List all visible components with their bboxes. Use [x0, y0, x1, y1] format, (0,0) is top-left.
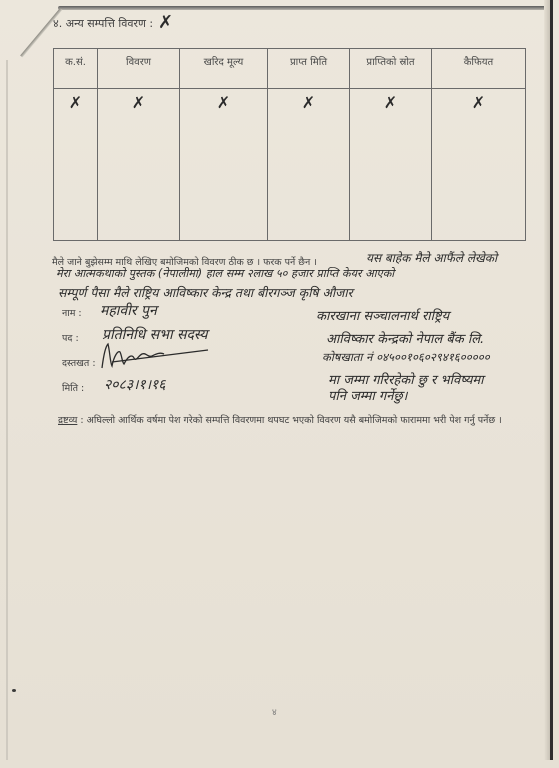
column-header-serial: क.सं.	[54, 49, 98, 89]
name-value: महावीर पुन	[100, 301, 157, 320]
column-header-source: प्राप्तिको स्रोत	[350, 49, 432, 89]
note-text: : अघिल्लो आर्थिक वर्षमा पेश गरेको सम्पत्…	[80, 415, 501, 426]
handwritten-cross-mark: ✗	[158, 12, 173, 33]
signature-image	[98, 342, 210, 372]
handwritten-line-6: कोषखाता नं ०४५००१०६०२९४१६०००००	[322, 350, 490, 365]
table-cell-serial: ✗	[54, 89, 98, 241]
date-label: मिति :	[62, 381, 84, 394]
table-cell-remarks: ✗	[432, 89, 526, 241]
column-header-acquired-date: प्राप्त मिति	[268, 49, 350, 89]
handwritten-line-8: पनि जम्मा गर्नेछु।	[328, 386, 407, 404]
table-cell-source: ✗	[350, 89, 432, 241]
handwritten-line-5: आविष्कार केन्द्रको नेपाल बैंक लि.	[326, 329, 484, 347]
ink-speck	[12, 689, 16, 692]
scanned-document-page: ४. अन्य सम्पत्ति विवरण : ✗ क.सं. विवरण ख…	[0, 0, 559, 768]
note-paragraph: द्रष्टव्य : अघिल्लो आर्थिक वर्षमा पेश गर…	[58, 412, 528, 430]
table-header-row: क.सं. विवरण खरिद मूल्य प्राप्त मिति प्रा…	[54, 49, 526, 89]
page-top-edge	[58, 6, 548, 10]
page-right-edge	[550, 0, 553, 760]
column-header-remarks: कैफियत	[432, 49, 526, 89]
column-header-description: विवरण	[98, 49, 180, 89]
name-label: नाम :	[62, 306, 82, 319]
signature-label: दस्तखत :	[62, 356, 96, 369]
handwritten-line-4: कारखाना सञ्चालनार्थ राष्ट्रिय	[316, 306, 449, 324]
section-title: ४. अन्य सम्पत्ति विवरण :	[53, 16, 153, 31]
note-label: द्रष्टव्य	[58, 415, 77, 426]
table-cell-purchase-value: ✗	[180, 89, 268, 241]
page-left-edge	[6, 60, 8, 760]
table-cell-acquired-date: ✗	[268, 89, 350, 241]
table-row: ✗ ✗ ✗ ✗ ✗ ✗	[54, 89, 526, 241]
handwritten-line-1: यस बाहेक मैले आफैंले लेखेको	[366, 249, 497, 266]
post-label: पद :	[62, 331, 79, 344]
handwritten-line-3: सम्पूर्ण पैसा मैले राष्ट्रिय आविष्कार के…	[58, 284, 353, 301]
page-number: ४	[272, 705, 277, 718]
column-header-purchase-value: खरिद मूल्य	[180, 49, 268, 89]
handwritten-line-2: मेरा आत्मकथाको पुस्तक (नेपालीमा) हाल सम्…	[56, 266, 394, 281]
other-assets-table: क.सं. विवरण खरिद मूल्य प्राप्त मिति प्रा…	[53, 48, 526, 241]
table-cell-description: ✗	[98, 89, 180, 241]
date-value: २०८३।१।१६	[104, 375, 166, 394]
